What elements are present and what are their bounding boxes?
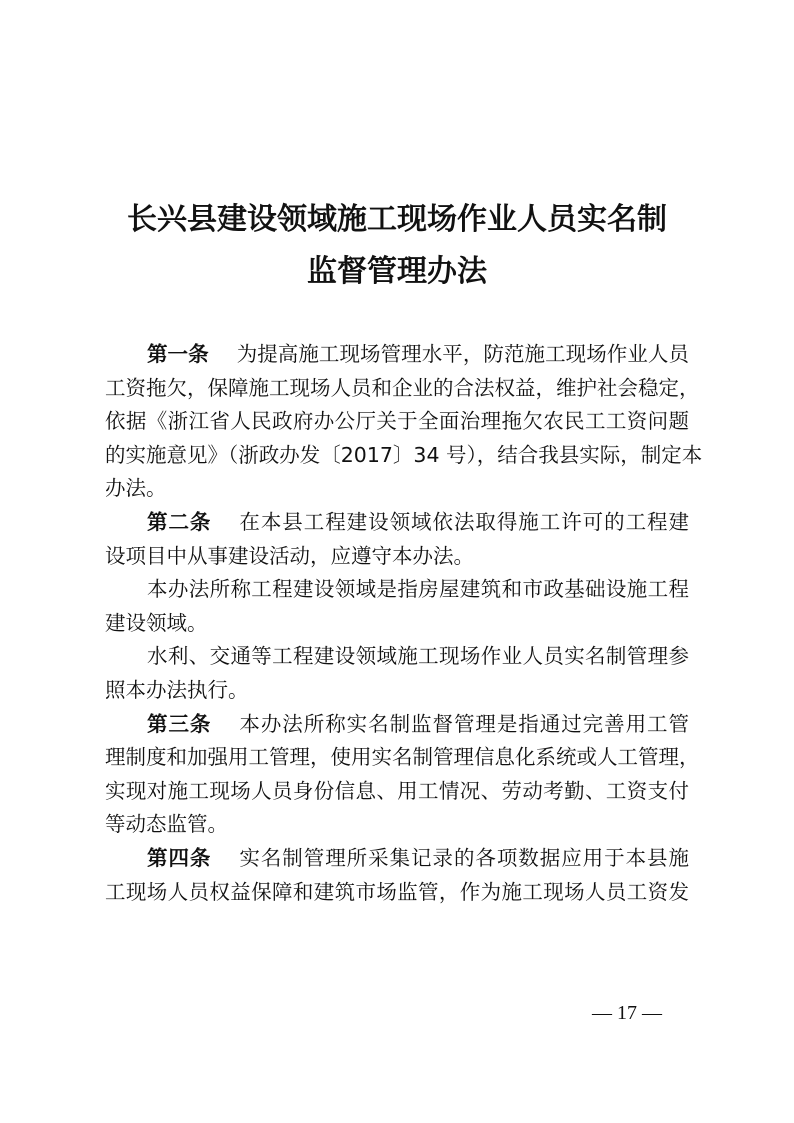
article-4: 第四条实名制管理所采集记录的各项数据应用于本县施 工现场人员权益保障和建筑市场监…: [105, 842, 689, 909]
article-4-heading: 第四条: [147, 846, 211, 870]
article-1: 第一条为提高施工现场管理水平，防范施工现场作业人员 工资拖欠，保障施工现场人员和…: [105, 338, 689, 506]
article-2: 第二条在本县工程建设领域依法取得施工许可的工程建 设项目中从事建设活动，应遵守本…: [105, 506, 689, 573]
article-4-line-2: 工现场人员权益保障和建筑市场监管，作为施工现场人员工资发: [105, 876, 689, 910]
article-3: 第三条本办法所称实名制监督管理是指通过完善用工管 理制度和加强用工管理，使用实名…: [105, 708, 689, 842]
other-domains-line-1: 水利、交通等工程建设领域施工现场作业人员实名制管理参: [105, 640, 689, 674]
other-domains-paragraph: 水利、交通等工程建设领域施工现场作业人员实名制管理参 照本办法执行。: [105, 640, 689, 707]
article-3-line-2: 理制度和加强用工管理，使用实名制管理信息化系统或人工管理，: [105, 741, 689, 775]
article-2-heading: 第二条: [147, 510, 211, 534]
article-1-line-5: 办法。: [105, 472, 689, 506]
page-number: — 17 —: [592, 1002, 682, 1025]
scope-paragraph: 本办法所称工程建设领域是指房屋建筑和市政基础设施工程 建设领域。: [105, 573, 689, 640]
text-span: 本办法所称实名制监督管理是指通过完善用工管: [239, 712, 689, 736]
document-title-line-1: 长兴县建设领域施工现场作业人员实名制: [0, 194, 794, 238]
article-4-line-1: 第四条实名制管理所采集记录的各项数据应用于本县施: [105, 842, 689, 876]
scope-line-1: 本办法所称工程建设领域是指房屋建筑和市政基础设施工程: [105, 573, 689, 607]
article-3-line-1: 第三条本办法所称实名制监督管理是指通过完善用工管: [105, 708, 689, 742]
article-2-line-2: 设项目中从事建设活动，应遵守本办法。: [105, 540, 689, 574]
scope-line-2: 建设领域。: [105, 607, 689, 641]
article-1-line-2: 工资拖欠，保障施工现场人员和企业的合法权益，维护社会稳定，: [105, 372, 689, 406]
article-1-line-4: 的实施意见》（浙政办发〔2017〕34 号），结合我县实际，制定本: [105, 439, 689, 473]
article-3-line-4: 等动态监管。: [105, 808, 689, 842]
article-1-line-1: 第一条为提高施工现场管理水平，防范施工现场作业人员: [105, 338, 689, 372]
document-title-line-2: 监督管理办法: [0, 246, 794, 290]
article-1-heading: 第一条: [147, 342, 209, 366]
article-3-heading: 第三条: [147, 712, 211, 736]
document-body: 第一条为提高施工现场管理水平，防范施工现场作业人员 工资拖欠，保障施工现场人员和…: [105, 338, 689, 909]
article-2-line-1: 第二条在本县工程建设领域依法取得施工许可的工程建: [105, 506, 689, 540]
article-3-line-3: 实现对施工现场人员身份信息、用工情况、劳动考勤、工资支付: [105, 775, 689, 809]
text-span: 在本县工程建设领域依法取得施工许可的工程建: [239, 510, 689, 534]
other-domains-line-2: 照本办法执行。: [105, 674, 689, 708]
article-1-line-3: 依据《浙江省人民政府办公厅关于全面治理拖欠农民工工资问题: [105, 405, 689, 439]
text-span: 实名制管理所采集记录的各项数据应用于本县施: [239, 846, 689, 870]
document-page: 长兴县建设领域施工现场作业人员实名制 监督管理办法 第一条为提高施工现场管理水平…: [0, 0, 794, 1123]
text-span: 为提高施工现场管理水平，防范施工现场作业人员: [237, 342, 689, 366]
